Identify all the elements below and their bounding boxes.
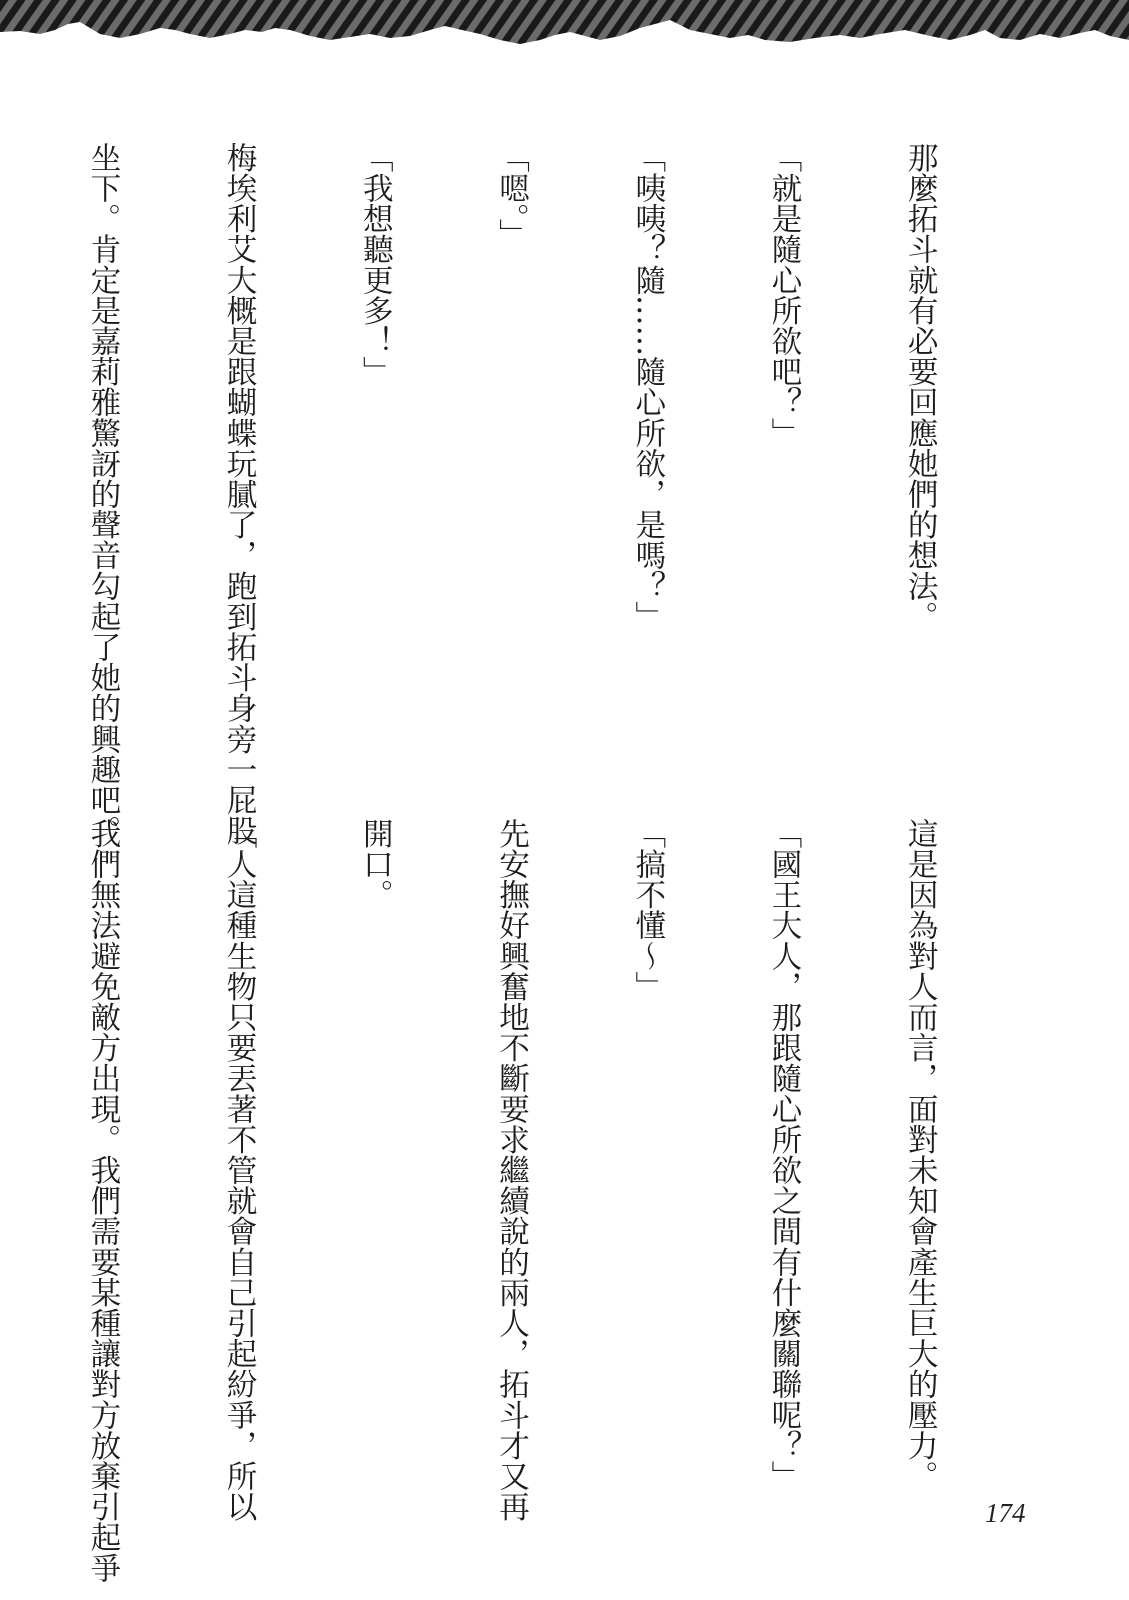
text-column: 「我想聽更多！」 [352,142,397,782]
text-column: 「就是隨心所欲吧？」 [761,142,806,782]
text-column: 開口。 [352,818,397,1458]
text-column: 先安撫好興奮地不斷要求繼續說的兩人，拓斗才又再 [488,818,533,1458]
text-column: 我們無法避免敵方出現。我們需要某種讓對方放棄引起爭 [79,818,124,1458]
text-column: 「嗯。」 [488,142,533,782]
text-column: 這是因為對人而言，面對未知會產生巨大的壓力。 [897,818,942,1458]
text-column: 梅埃利艾大概是跟蝴蝶玩膩了，跑到拓斗身旁一屁股 [216,142,261,782]
text-column: 坐下。肯定是嘉莉雅驚訝的聲音勾起了她的興趣吧。 [79,142,124,782]
text-column: 「搞不懂～」 [624,818,669,1458]
text-column: 「人這種生物只要丟著不管就會自己引起紛爭，所以 [216,818,261,1458]
text-block-bottom: 這是因為對人而言，面對未知會產生巨大的壓力。 「國王大人，那跟隨心所欲之間有什麼… [0,818,1033,1458]
text-column: 那麼拓斗就有必要回應她們的想法。 [897,142,942,782]
torn-banner-decoration [0,0,1129,62]
text-block-top: 那麼拓斗就有必要回應她們的想法。 「就是隨心所欲吧？」 「咦咦？隨……隨心所欲，… [0,142,1033,782]
page-number: 174 [985,1498,1026,1529]
text-column: 「國王大人，那跟隨心所欲之間有什麼關聯呢？」 [761,818,806,1458]
text-column: 「咦咦？隨……隨心所欲，是嗎？」 [624,142,669,782]
